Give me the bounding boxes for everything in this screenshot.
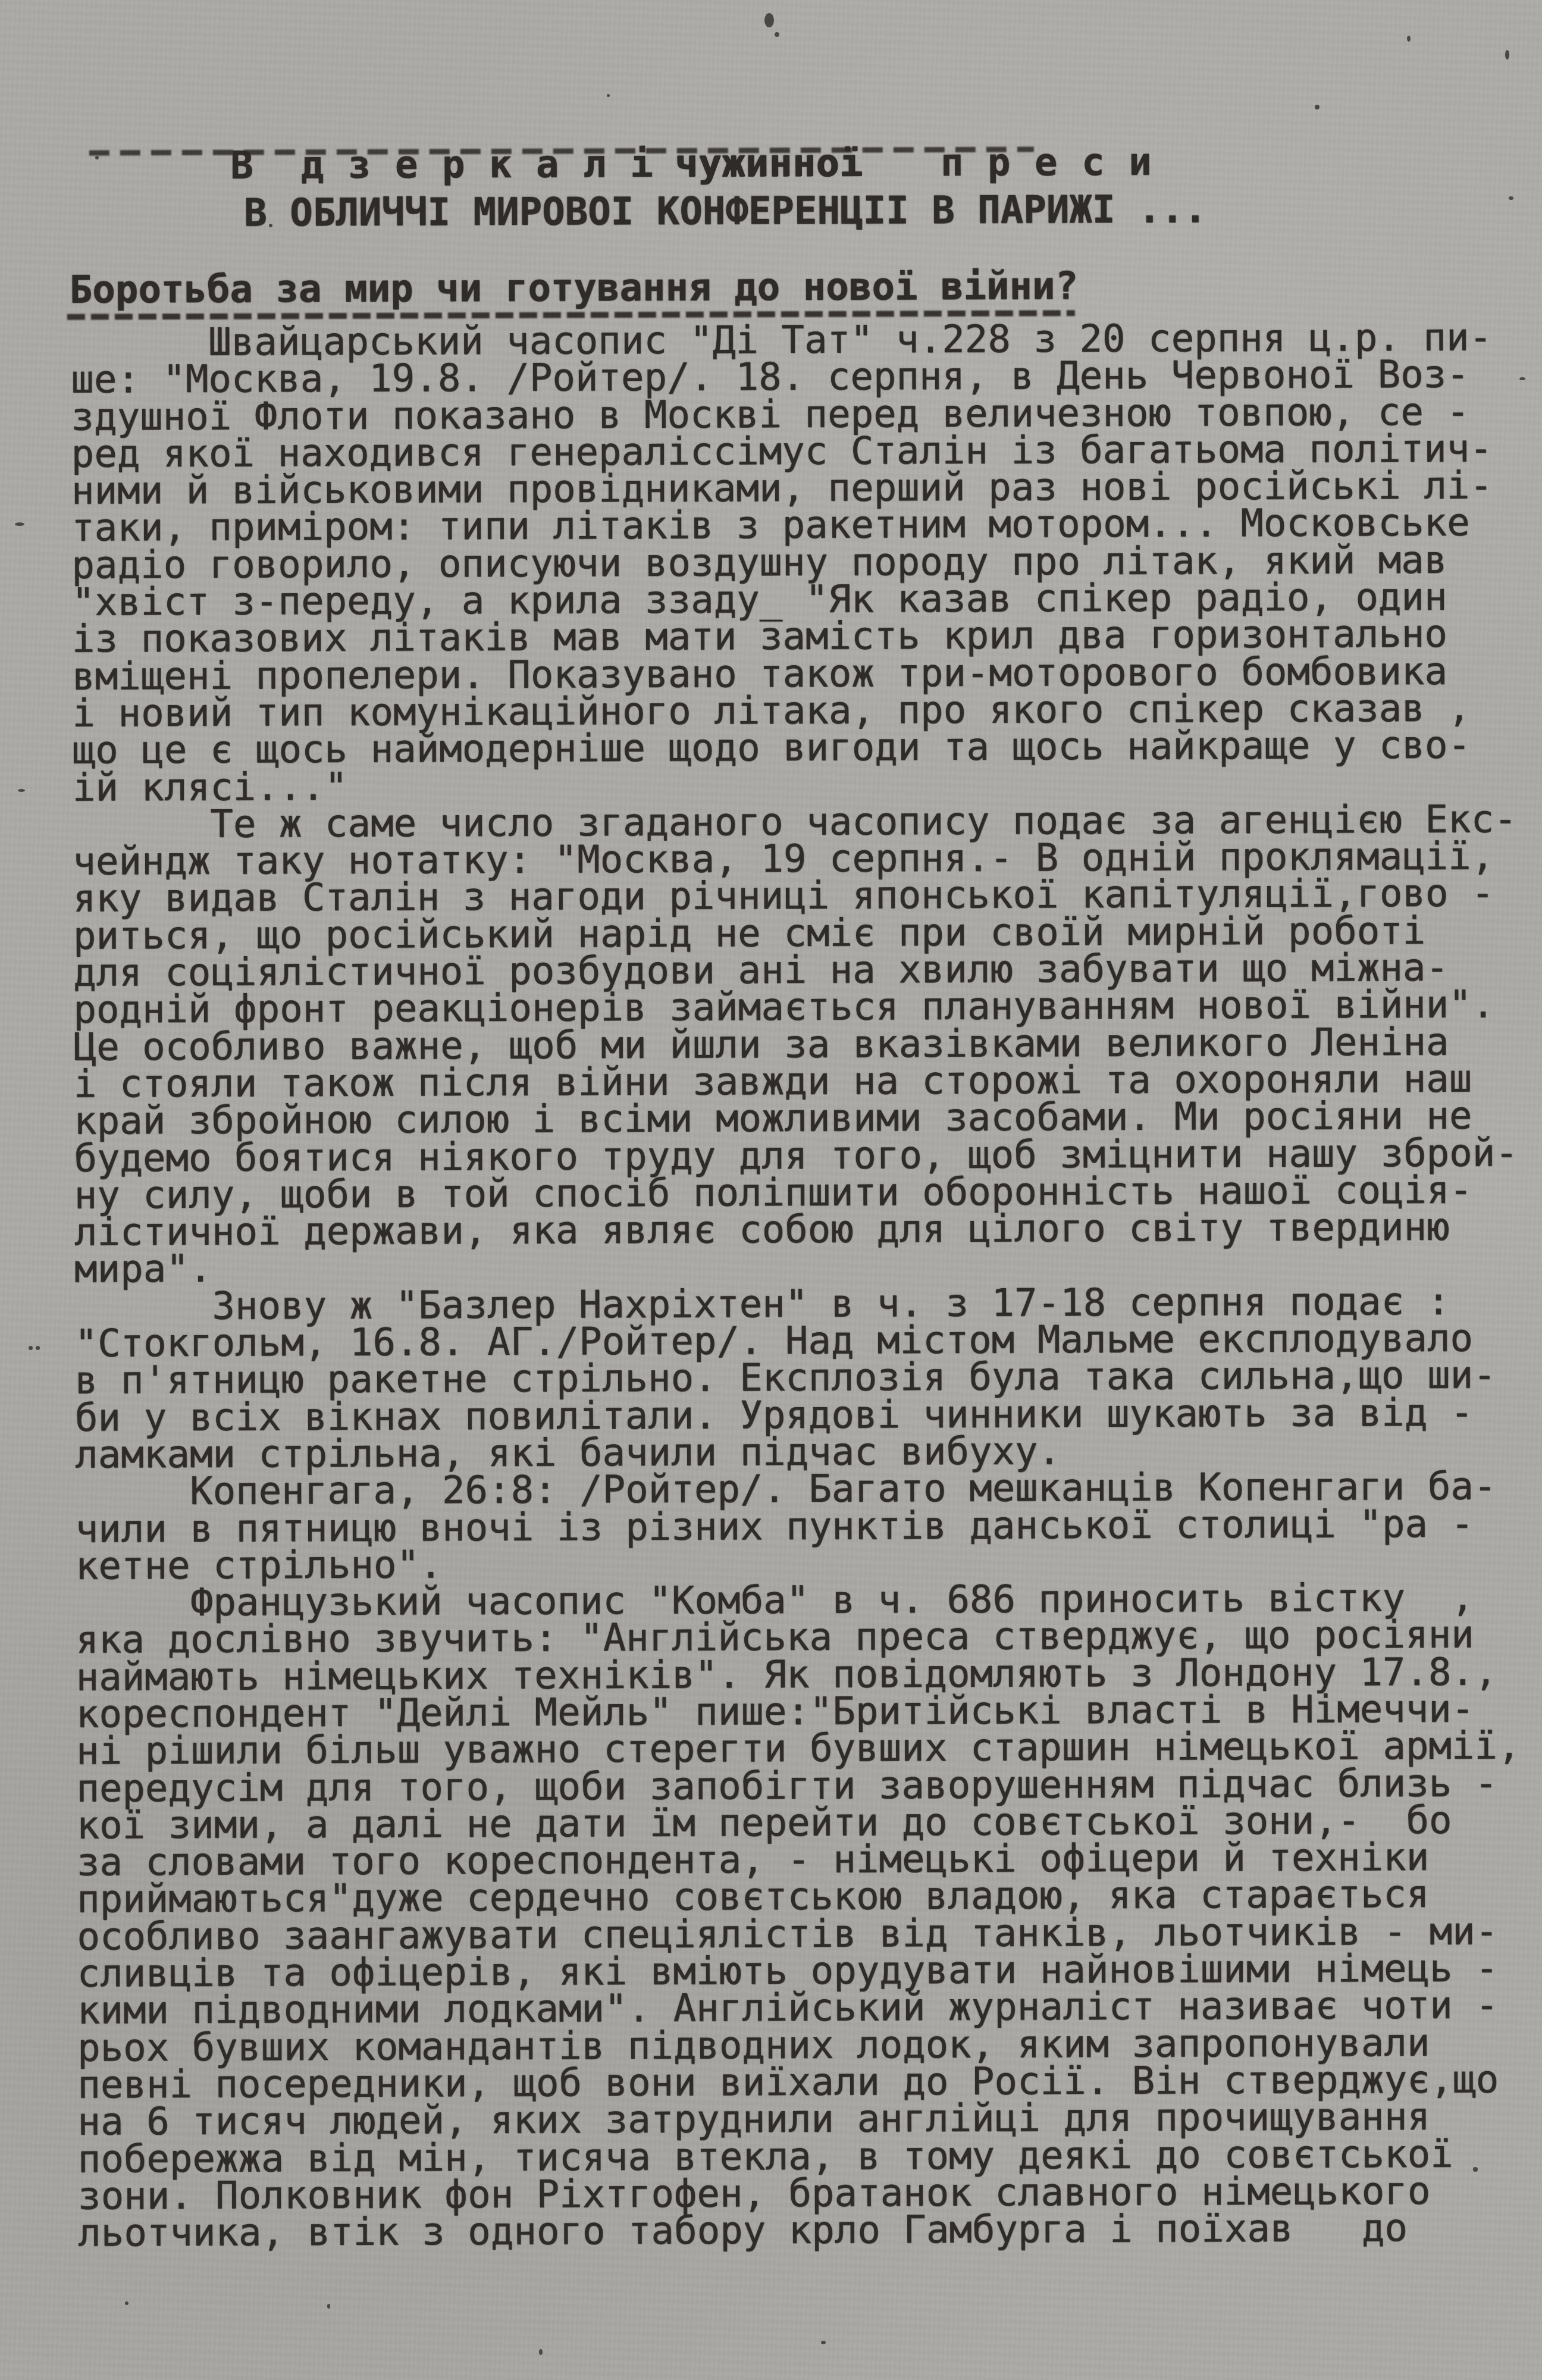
paragraph: Французький часопис "Комба" в ч. 686 при…	[76, 1579, 1522, 2252]
paper-speck	[1505, 50, 1509, 59]
paper-speck	[1407, 36, 1411, 42]
text-line: льотчика, втік з одного табору крло Гамб…	[78, 2209, 1522, 2252]
document-body: Швайцарський часопис "Ді Тат" ч.228 з 20…	[71, 319, 1522, 2252]
paper-speck	[29, 1346, 33, 1350]
paper-speck	[95, 156, 99, 159]
text-line: лістичної держави, яка являє собою для ц…	[74, 1208, 1519, 1251]
article-subtitle: Боротьба за мир чи готування до нової ві…	[70, 264, 1079, 312]
paper-speck	[1315, 105, 1320, 109]
paper-speck	[327, 2304, 330, 2309]
paper-speck	[15, 522, 24, 526]
page-content: В д з е р к а л ічужинноїп р е с и В ОБЛ…	[0, 0, 1542, 2380]
paragraph: Копенгага, 26:8: /Ройтер/. Багато мешкан…	[75, 1468, 1519, 1585]
paper-speck	[125, 2301, 128, 2305]
text-line: що це є щось наймодерніше щодо вигоди та…	[73, 727, 1517, 770]
article-title: В ОБЛИЧЧІ МИРОВОІ КОНФЕРЕНЦІІ В ПАРИЖІ .…	[244, 187, 1207, 235]
paper-speck	[1519, 377, 1525, 380]
paper-speck	[607, 94, 610, 97]
paragraph: Те ж саме число згаданого часопису подає…	[73, 801, 1519, 1288]
paragraph: Знову ж "Базлер Нахріхтен" в ч. з 17-18 …	[74, 1283, 1519, 1474]
paper-speck	[269, 224, 272, 227]
text-line: чили в пятницю вночі із різних пунктів д…	[76, 1505, 1520, 1548]
paper-speck	[1509, 196, 1513, 200]
paper-speck	[1368, 606, 1372, 610]
paper-speck	[1473, 2167, 1478, 2172]
paper-speck	[36, 1346, 40, 1350]
paragraph: Швайцарський часопис "Ді Тат" ч.228 з 20…	[71, 319, 1517, 806]
paper-speck	[539, 2349, 543, 2355]
paper-speck	[18, 789, 25, 792]
scanned-page: В д з е р к а л ічужинноїп р е с и В ОБЛ…	[0, 0, 1542, 2380]
paper-speck	[775, 32, 779, 37]
paper-speck	[764, 13, 774, 27]
paper-speck	[821, 2341, 826, 2344]
